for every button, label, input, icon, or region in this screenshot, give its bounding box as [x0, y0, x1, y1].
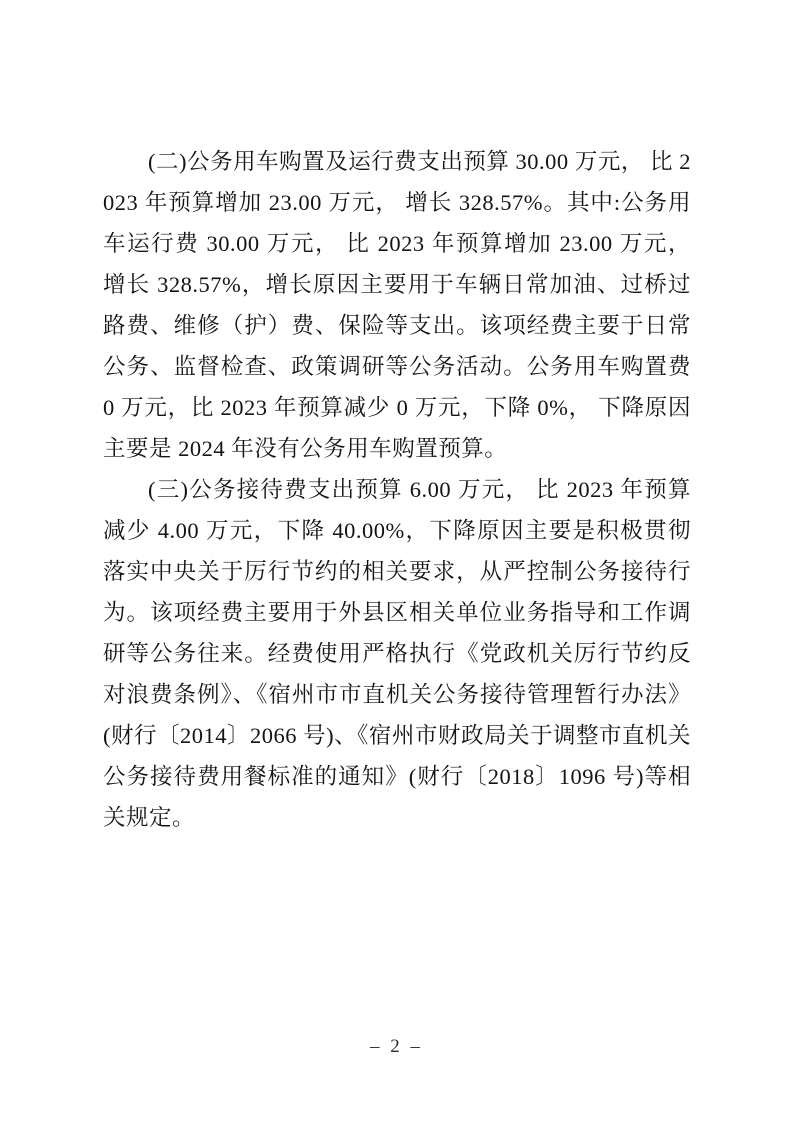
paragraph-reception-budget: (三)公务接待费支出预算 6.00 万元， 比 2023 年预算减少 4.00 …: [103, 469, 691, 838]
document-body: (二)公务用车购置及运行费支出预算 30.00 万元， 比 2023 年预算增加…: [103, 141, 691, 838]
document-page: (二)公务用车购置及运行费支出预算 30.00 万元， 比 2023 年预算增加…: [0, 0, 793, 1122]
page-number: – 2 –: [0, 1036, 793, 1058]
paragraph-vehicle-budget: (二)公务用车购置及运行费支出预算 30.00 万元， 比 2023 年预算增加…: [103, 141, 691, 469]
